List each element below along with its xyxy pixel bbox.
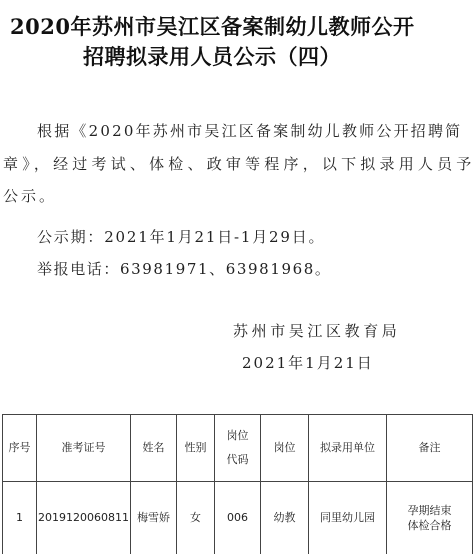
intro-paragraph-line-1: 根据《2020年苏州市吴江区备案制幼儿教师公开招聘简 (37, 120, 462, 141)
header-post: 岗位 (261, 415, 309, 482)
cell-unit: 同里幼儿园 (309, 482, 387, 554)
signature-organization: 苏州市吴江区教育局 (233, 320, 400, 341)
header-exam-id: 准考证号 (37, 415, 131, 482)
header-gender: 性别 (177, 415, 215, 482)
cell-remark-line-1: 孕期结束 (387, 504, 472, 518)
table-row: 1 2019120060811 梅雪娇 女 006 幼教 同里幼儿园 孕期结束 … (3, 482, 473, 554)
cell-name: 梅雪娇 (131, 482, 177, 554)
intro-paragraph-line-2: 章》，经过考试、体检、政审等程序，以下拟录用人员予以 (3, 153, 473, 174)
cell-remark: 孕期结束 体检合格 (387, 482, 473, 554)
cell-remark-line-2: 体检合格 (387, 519, 472, 533)
header-index: 序号 (3, 415, 37, 482)
hiring-roster-table: 序号 准考证号 姓名 性别 岗位 代码 岗位 拟录用单位 备注 1 201912… (2, 414, 473, 554)
cell-post: 幼教 (261, 482, 309, 554)
publicity-period: 公示期：2021年1月21日-1月29日。 (37, 226, 325, 247)
signature-date: 2021年1月21日 (242, 352, 374, 373)
cell-gender: 女 (177, 482, 215, 554)
header-remark: 备注 (387, 415, 473, 482)
header-unit: 拟录用单位 (309, 415, 387, 482)
header-post-code-line-2: 代码 (215, 453, 260, 467)
table-header-row: 序号 准考证号 姓名 性别 岗位 代码 岗位 拟录用单位 备注 (3, 415, 473, 482)
header-post-code: 岗位 代码 (215, 415, 261, 482)
cell-index: 1 (3, 482, 37, 554)
cell-exam-id: 2019120060811 (37, 482, 131, 554)
report-phone: 举报电话：63981971、63981968。 (37, 258, 332, 279)
intro-paragraph-line-3: 公示。 (3, 185, 57, 206)
document-title-line-2: 招聘拟录用人员公示（四） (83, 41, 473, 71)
cell-post-code: 006 (215, 482, 261, 554)
document-title-line-1: 2020年苏州市吴江区备案制幼儿教师公开 (10, 11, 473, 41)
header-name: 姓名 (131, 415, 177, 482)
header-post-code-line-1: 岗位 (215, 429, 260, 443)
